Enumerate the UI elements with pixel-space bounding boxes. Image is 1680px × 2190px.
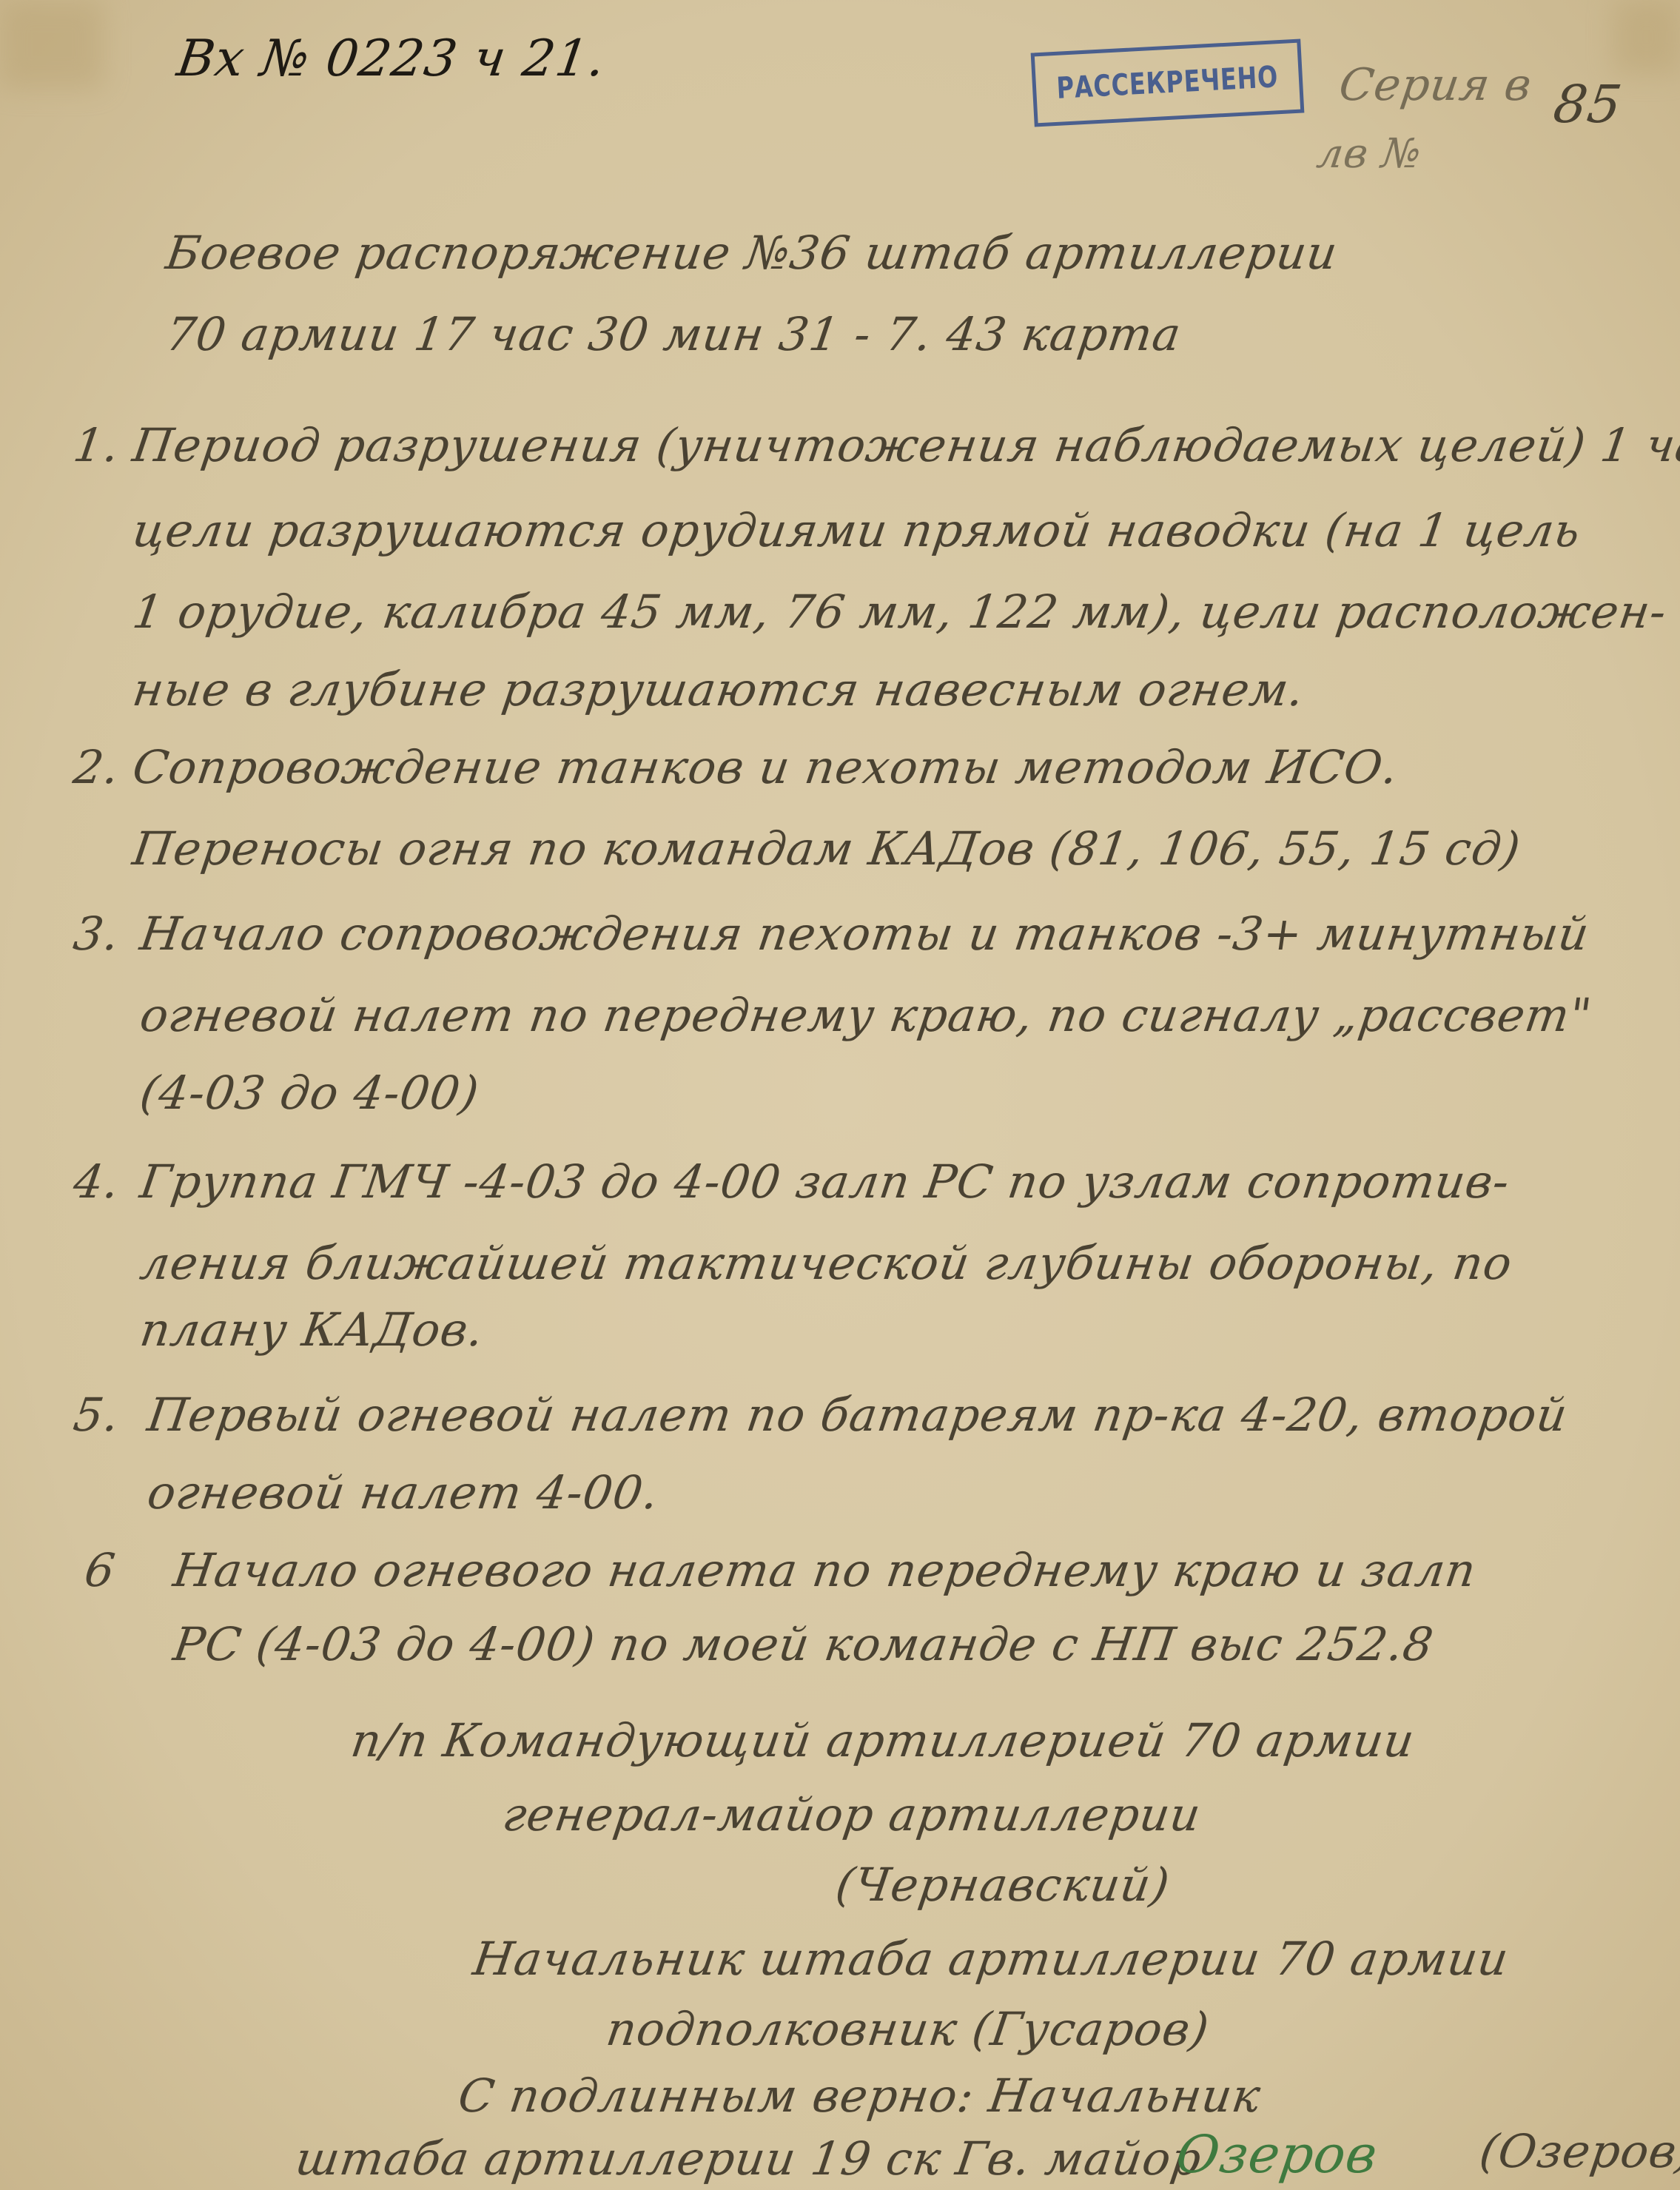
item-1-line: ные в глубине разрушаются навесным огнем… — [130, 662, 1308, 716]
item-3-line: огневой налет по переднему краю, по сигн… — [137, 988, 1596, 1042]
copy-name: (Озеров) — [1476, 2124, 1680, 2178]
commander-rank: генерал-майор артиллерии — [500, 1787, 1204, 1841]
item-number: 3. — [70, 907, 123, 961]
item-6-line: РС (4-03 до 4-00) по моей команде с НП в… — [170, 1617, 1437, 1671]
copy-certification: С подлинным верно: Начальник — [455, 2069, 1264, 2123]
paper-stain — [1613, 0, 1680, 74]
item-3-line: Начало сопровождения пехоты и танков -3+… — [137, 907, 1593, 961]
chief-title: Начальник штаба артиллерии 70 армии — [470, 1932, 1512, 1986]
item-number: 4. — [70, 1155, 123, 1209]
item-1-line: Период разрушения (уничтожения наблюдаем… — [130, 418, 1680, 472]
item-4-line: плану КАДов. — [137, 1303, 488, 1357]
commander-title: п/п Командующий артиллерией 70 армии — [348, 1713, 1418, 1767]
item-number: 1. — [70, 418, 123, 472]
item-6-line: Начало огневого налета по переднему краю… — [170, 1543, 1479, 1597]
item-number: 5. — [70, 1388, 123, 1442]
chief-rank-name: подполковник (Гусаров) — [603, 2002, 1213, 2056]
copy-chief-title: штаба артиллерии 19 ск Гв. майор — [292, 2132, 1205, 2186]
item-2-line: Переносы огня по командам КАДов (81, 106… — [130, 822, 1524, 876]
declassified-stamp: РАССЕКРЕЧЕНО — [1031, 39, 1305, 127]
item-3-line: (4-03 до 4-00) — [137, 1066, 483, 1120]
archive-mark: Серия в — [1336, 59, 1535, 111]
green-signature: Озеров — [1172, 2124, 1381, 2185]
item-4-line: ления ближайшей тактической глубины обор… — [137, 1236, 1516, 1290]
archive-mark-2: лв № — [1314, 130, 1425, 177]
item-4-line: Группа ГМЧ -4-03 до 4-00 залп РС по узла… — [137, 1155, 1513, 1209]
item-5-line: огневой налет 4-00. — [144, 1465, 662, 1519]
registration-number: Вх № 0223 ч 21. — [173, 30, 609, 88]
item-5-line: Первый огневой налет по батареям пр-ка 4… — [144, 1388, 1571, 1442]
item-1-line: 1 орудие, калибра 45 мм, 76 мм, 122 мм),… — [130, 585, 1670, 639]
page-number: 85 — [1550, 74, 1626, 135]
commander-name: (Чернавский) — [833, 1858, 1173, 1912]
item-2-line: Сопровождение танков и пехоты методом ИС… — [130, 740, 1402, 794]
paper-stain — [0, 0, 104, 89]
item-1-line: цели разрушаются орудиями прямой наводки… — [130, 503, 1585, 557]
title-line-2: 70 армии 17 час 30 мин 31 - 7. 43 карта — [163, 307, 1185, 361]
item-number: 2. — [70, 740, 123, 794]
title-line-1: Боевое распоряжение №36 штаб артиллерии — [163, 226, 1341, 280]
